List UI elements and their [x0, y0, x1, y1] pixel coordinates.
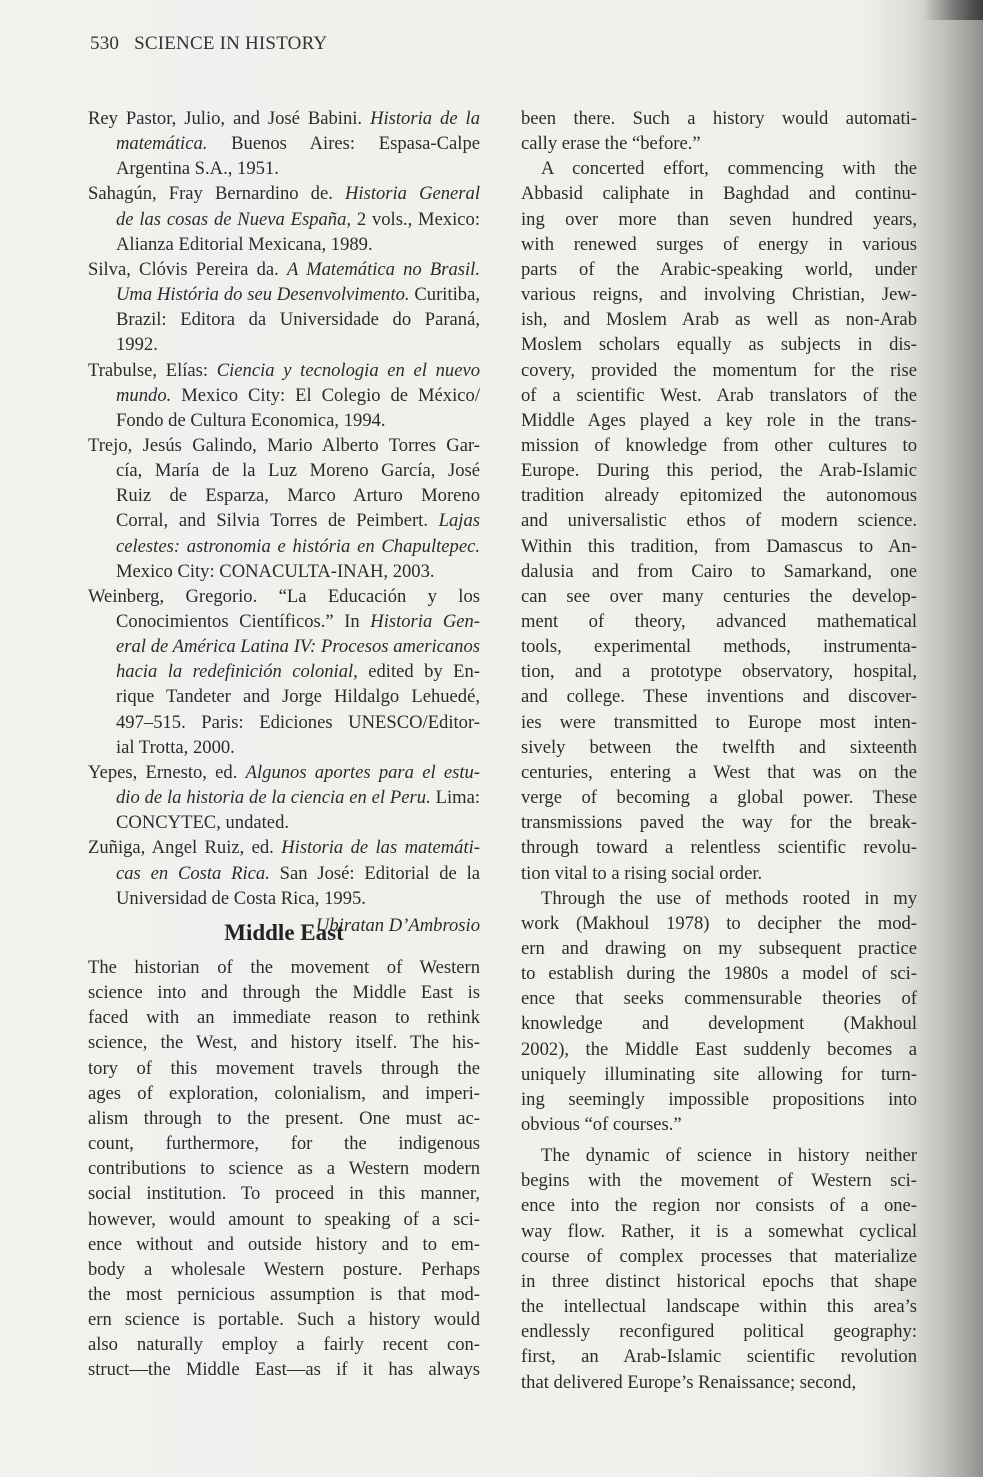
body-text-line: of a scientific West. Arab translators o…: [521, 383, 917, 408]
bibliography-entry-line: mundo. Mexico City: El Colegio de México…: [116, 383, 480, 408]
bibliography-entry-line: Fondo de Cultura Economica, 1994.: [116, 408, 480, 433]
body-text-line: course of complex processes that materia…: [521, 1244, 917, 1269]
bibliography-entry-line: CONCYTEC, undated.: [116, 810, 480, 835]
bibliography-entry-line: matemática. Buenos Aires: Espasa-Calpe: [116, 131, 480, 156]
running-head-title: SCIENCE IN HISTORY: [134, 33, 327, 54]
bibliography-entry-line: Conocimientos Científicos.” In Historia …: [116, 609, 480, 634]
body-text-line: can see over many centuries the develop-: [521, 584, 917, 609]
bibliography-entry-line: Sahagún, Fray Bernardino de. Historia Ge…: [88, 181, 480, 206]
body-text-line: The historian of the movement of Western: [88, 955, 480, 980]
body-text-line: ing over more than seven hundred years,: [521, 207, 917, 232]
body-text-line: ment of theory, advanced mathematical: [521, 609, 917, 634]
body-text-line: The dynamic of science in history neithe…: [541, 1143, 917, 1168]
bibliography-entry-line: Weinberg, Gregorio. “La Educación y los: [88, 584, 480, 609]
body-text-line: first, an Arab-Islamic scientific revolu…: [521, 1344, 917, 1369]
bibliography-entry-line: eral de América Latina IV: Procesos amer…: [116, 634, 480, 659]
bibliography-entry-line: 1992.: [116, 332, 480, 357]
body-text-line: tion, and a prototype observatory, hospi…: [521, 659, 917, 684]
body-text-line: Middle Ages played a key role in the tra…: [521, 408, 917, 433]
bibliography-entry-line: Trejo, Jesús Galindo, Mario Alberto Torr…: [88, 433, 480, 458]
body-text-line: mission of knowledge from other cultures…: [521, 433, 917, 458]
body-text-line: social institution. To proceed in this m…: [88, 1181, 480, 1206]
bibliography-entry-line: Corral, and Silvia Torres de Peimbert. L…: [116, 508, 480, 533]
body-text-line: ern and drawing on my subsequent practic…: [521, 936, 917, 961]
body-text-line: body a wholesale Western posture. Perhap…: [88, 1257, 480, 1282]
body-text-line: ages of exploration, colonialism, and im…: [88, 1081, 480, 1106]
body-text-line: sively between the twelfth and sixteenth: [521, 735, 917, 760]
bibliography-entry-line: Mexico City: CONACULTA-INAH, 2003.: [116, 559, 480, 584]
body-text-line: Through the use of methods rooted in my: [541, 886, 917, 911]
bibliography-entry-line: celestes: astronomia e história en Chapu…: [116, 534, 480, 559]
body-text-line: science into and through the Middle East…: [88, 980, 480, 1005]
body-text-line: contributions to science as a Western mo…: [88, 1156, 480, 1181]
body-text-line: transmissions paved the way for the brea…: [521, 810, 917, 835]
bibliography-entry-line: 497–515. Paris: Ediciones UNESCO/Editor-: [116, 710, 480, 735]
bibliography-entry-line: Rey Pastor, Julio, and José Babini. Hist…: [88, 106, 480, 131]
bibliography-entry-line: rique Tandeter and Jorge Hildalgo Lehued…: [116, 684, 480, 709]
bibliography-entry-line: cía, María de la Luz Moreno García, José: [116, 458, 480, 483]
body-text-line: ence into the region nor consists of a o…: [521, 1193, 917, 1218]
body-text-line: ies were transmitted to Europe most inte…: [521, 710, 917, 735]
body-text-line: with renewed surges of energy in various: [521, 232, 917, 257]
bibliography-entry-line: Uma História do seu Desenvolvimento. Cur…: [116, 282, 480, 307]
body-text-line: tion vital to a rising social order.: [521, 861, 917, 886]
body-text-line: dalusia and from Cairo to Samarkand, one: [521, 559, 917, 584]
body-text-line: the intellectual landscape within this a…: [521, 1294, 917, 1319]
body-text-line: obvious “of courses.”: [521, 1112, 917, 1137]
body-text-line: parts of the Arabic-speaking world, unde…: [521, 257, 917, 282]
bibliography-entry-line: hacia la redefinición colonial, edited b…: [116, 659, 480, 684]
body-text-line: centuries, entering a West that was on t…: [521, 760, 917, 785]
body-text-line: knowledge and development (Makhoul: [521, 1011, 917, 1036]
bibliography-entry-line: cas en Costa Rica. San José: Editorial d…: [116, 861, 480, 886]
body-text-line: ing seemingly impossible propositions in…: [521, 1087, 917, 1112]
body-text-line: work (Makhoul 1978) to decipher the mod-: [521, 911, 917, 936]
body-text-line: the most pernicious assumption is that m…: [88, 1282, 480, 1307]
body-text-line: 2002), the Middle East suddenly becomes …: [521, 1037, 917, 1062]
bibliography-entry-line: Argentina S.A., 1951.: [116, 156, 480, 181]
body-text-line: ish, and Moslem Arab as well as non-Arab: [521, 307, 917, 332]
body-text-line: struct—the Middle East—as if it has alwa…: [88, 1357, 480, 1382]
page-edge-shadow: [923, 0, 983, 20]
body-text-line: Within this tradition, from Damascus to …: [521, 534, 917, 559]
body-text-line: ern science is portable. Such a history …: [88, 1307, 480, 1332]
section-heading: Middle East: [88, 920, 480, 946]
body-text-line: alism through to the present. One must a…: [88, 1106, 480, 1131]
body-text-line: been there. Such a history would automat…: [521, 106, 917, 131]
body-text-line: A concerted effort, commencing with the: [541, 156, 917, 181]
page-number: 530: [90, 33, 119, 54]
bibliography-entry-line: dio de la historia de la ciencia en el P…: [116, 785, 480, 810]
body-text-line: in three distinct historical epochs that…: [521, 1269, 917, 1294]
bibliography-entry-line: Ruiz de Esparza, Marco Arturo Moreno: [116, 483, 480, 508]
bibliography-entry-line: Silva, Clóvis Pereira da. A Matemática n…: [88, 257, 480, 282]
body-text-line: however, would amount to speaking of a s…: [88, 1207, 480, 1232]
body-text-line: tory of this movement travels through th…: [88, 1056, 480, 1081]
bibliography-entry-line: Yepes, Ernesto, ed. Algunos aportes para…: [88, 760, 480, 785]
body-text-line: covery, provided the momentum for the ri…: [521, 358, 917, 383]
bibliography-entry-line: Brazil: Editora da Universidade do Paran…: [116, 307, 480, 332]
body-text-line: science, the West, and history itself. T…: [88, 1030, 480, 1055]
body-text-line: through toward a relentless scientific r…: [521, 835, 917, 860]
body-text-line: cally erase the “before.”: [521, 131, 917, 156]
body-text-line: count, furthermore, for the indigenous: [88, 1131, 480, 1156]
body-text-line: and universalistic ethos of modern scien…: [521, 508, 917, 533]
body-text-line: faced with an immediate reason to rethin…: [88, 1005, 480, 1030]
body-text-line: ence without and outside history and to …: [88, 1232, 480, 1257]
body-text-line: and college. These inventions and discov…: [521, 684, 917, 709]
body-text-line: begins with the movement of Western sci-: [521, 1168, 917, 1193]
body-text-line: ence that seeks commensurable theories o…: [521, 986, 917, 1011]
body-text-line: uniquely illuminating site allowing for …: [521, 1062, 917, 1087]
body-text-line: verge of becoming a global power. These: [521, 785, 917, 810]
body-text-line: way flow. Rather, it is a somewhat cycli…: [521, 1219, 917, 1244]
body-text-line: tradition already epitomized the autonom…: [521, 483, 917, 508]
body-text-line: Abbasid caliphate in Baghdad and continu…: [521, 181, 917, 206]
bibliography-entry-line: Alianza Editorial Mexicana, 1989.: [116, 232, 480, 257]
bibliography-entry-line: de las cosas de Nueva España, 2 vols., M…: [116, 207, 480, 232]
bibliography-entry-line: ial Trotta, 2000.: [116, 735, 480, 760]
running-head: 530 SCIENCE IN HISTORY: [90, 33, 327, 55]
bibliography-entry-line: Zuñiga, Angel Ruiz, ed. Historia de las …: [88, 835, 480, 860]
body-text-line: various reigns, and involving Christian,…: [521, 282, 917, 307]
body-text-line: Europe. During this period, the Arab-Isl…: [521, 458, 917, 483]
body-text-line: tools, experimental methods, instrumenta…: [521, 634, 917, 659]
bibliography-entry-line: Universidad de Costa Rica, 1995.: [116, 886, 480, 911]
bibliography-entry-line: Trabulse, Elías: Ciencia y tecnologia en…: [88, 358, 480, 383]
body-text-line: Moslem scholars equally as subjects in d…: [521, 332, 917, 357]
body-text-line: that delivered Europe’s Renaissance; sec…: [521, 1370, 917, 1395]
body-text-line: endlessly reconfigured political geograp…: [521, 1319, 917, 1344]
body-text-line: to establish during the 1980s a model of…: [521, 961, 917, 986]
body-text-line: also naturally employ a fairly recent co…: [88, 1332, 480, 1357]
